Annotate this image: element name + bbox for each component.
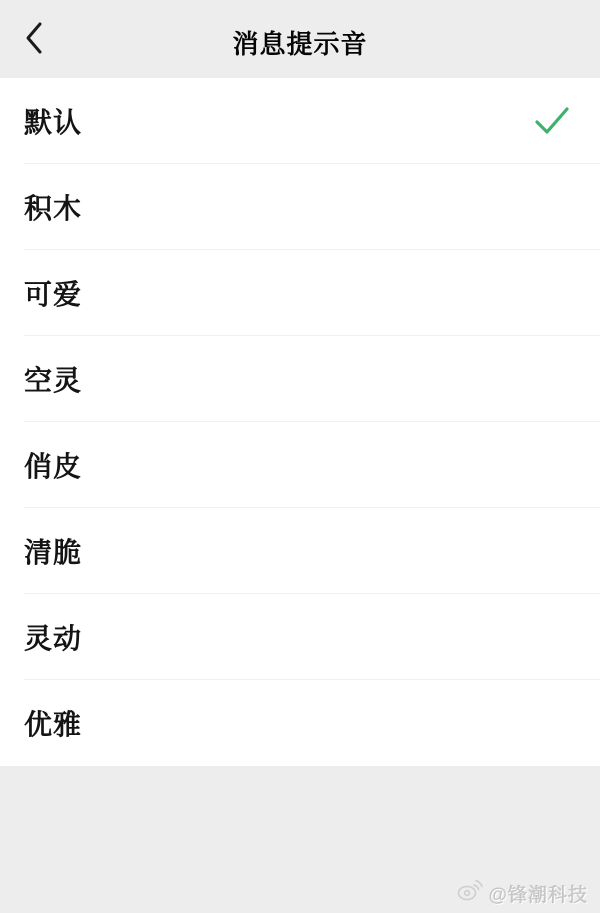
page-title: 消息提示音 — [232, 24, 367, 61]
message-sound-settings-screen: 消息提示音 默认 积木 可爱 — [0, 0, 600, 913]
sound-option-label: 优雅 — [24, 703, 82, 743]
sound-option-row[interactable]: 清脆 — [0, 508, 600, 594]
sound-option-label: 可爱 — [24, 273, 82, 313]
footer-area: @锋潮科技 — [0, 766, 600, 913]
sound-option-label: 灵动 — [24, 617, 82, 657]
sound-option-row[interactable]: 可爱 — [0, 250, 600, 336]
sound-option-row[interactable]: 俏皮 — [0, 422, 600, 508]
sound-option-row[interactable]: 优雅 — [0, 680, 600, 766]
watermark-text: @锋潮科技 — [488, 880, 588, 907]
watermark: @锋潮科技 — [457, 879, 588, 907]
sound-option-row[interactable]: 空灵 — [0, 336, 600, 422]
sound-option-row[interactable]: 默认 — [0, 78, 600, 164]
sound-list: 默认 积木 可爱 空灵 — [0, 78, 600, 766]
sound-option-label: 清脆 — [24, 531, 82, 571]
sound-option-row[interactable]: 灵动 — [0, 594, 600, 680]
chevron-left-icon — [24, 21, 44, 58]
header-bar: 消息提示音 — [0, 0, 600, 78]
sound-option-label: 默认 — [24, 101, 82, 141]
back-button[interactable] — [18, 16, 62, 62]
check-icon — [534, 105, 570, 137]
sound-option-label: 空灵 — [24, 359, 82, 399]
sound-option-label: 积木 — [24, 187, 82, 227]
sound-option-row[interactable]: 积木 — [0, 164, 600, 250]
sound-option-label: 俏皮 — [24, 445, 82, 485]
weibo-icon — [457, 879, 483, 907]
